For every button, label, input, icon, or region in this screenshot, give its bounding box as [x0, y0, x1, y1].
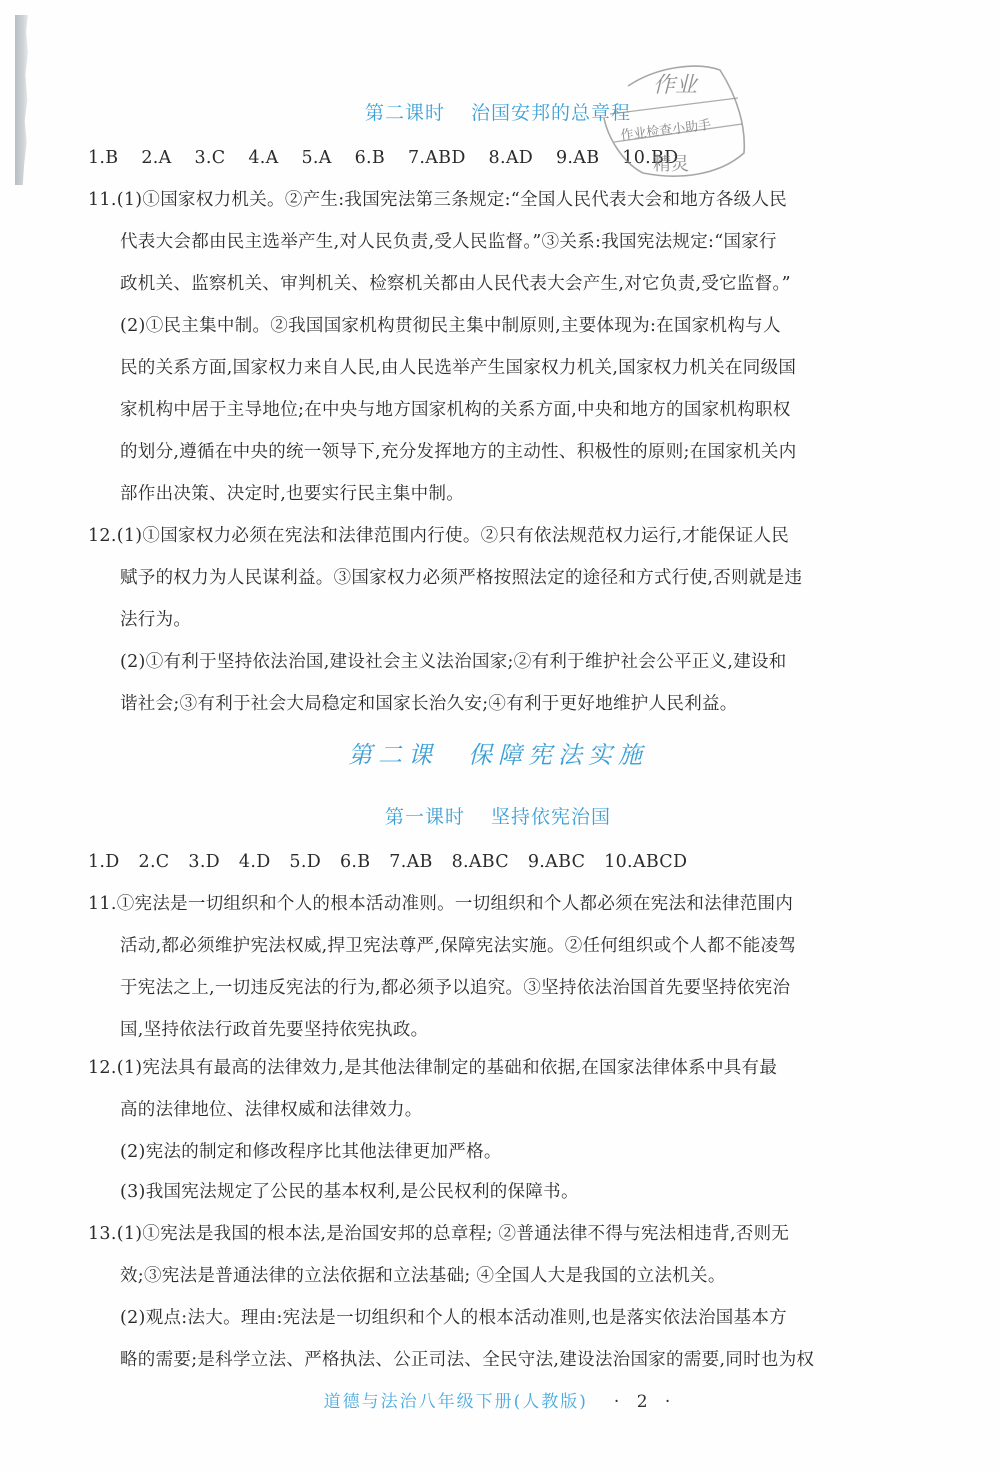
section1-heading-period: 第二课时: [365, 102, 445, 124]
s2-q12-line: 高的法律地位、法律权威和法律效力。: [120, 1098, 423, 1122]
page-footer: 道德与法治八年级下册(人教版)· 2 ·: [0, 1387, 1000, 1412]
s1-q11-line: 11.(1)①国家权力机关。②产生:我国宪法第三条规定:“全国人民代表大会和地方…: [88, 188, 787, 212]
s1-q12-line: 法行为。: [120, 608, 191, 632]
answer-item: 10.BD: [622, 148, 678, 168]
s1-q11-line: 政机关、监察机关、审判机关、检察机关都由人民代表大会产生,对它负责,受它监督。”: [120, 272, 791, 296]
s1-q12-line: 12.(1)①国家权力必须在宪法和法律范围内行使。②只有依法规范权力运行,才能保…: [88, 524, 789, 548]
footer-book-title: 道德与法治八年级下册(人教版): [324, 1392, 588, 1412]
section2-choice-answers: 1.D 2.C 3.D 4.D 5.D 6.B 7.AB 8.ABC 9.ABC…: [88, 850, 700, 874]
s2-q13-line: 13.(1)①宪法是我国的根本法,是治国安邦的总章程; ②普通法律不得与宪法相违…: [88, 1222, 789, 1246]
section2-heading-title: 坚持依宪治国: [491, 806, 611, 828]
answer-item: 7.AB: [389, 852, 432, 872]
s1-q11-line: 家机构中居于主导地位;在中央与地方国家机构的关系方面,中央和地方的国家机构职权: [120, 398, 791, 422]
lesson-heading: 第二课保障宪法实施: [88, 735, 908, 770]
answer-item: 8.AD: [489, 148, 534, 168]
answer-item: 2.C: [139, 852, 170, 872]
s2-q12-line: 12.(1)宪法具有最高的法律效力,是其他法律制定的基础和依据,在国家法律体系中…: [88, 1056, 777, 1080]
s2-q11-line: 活动,都必须维护宪法权威,捍卫宪法尊严,保障宪法实施。②任何组织或个人都不能凌驾: [120, 934, 796, 958]
s1-q12-line: 赋予的权力为人民谋利益。③国家权力必须严格按照法定的途径和方式行使,否则就是违: [120, 566, 802, 590]
s2-q11-line: 于宪法之上,一切违反宪法的行为,都必须予以追究。③坚持依法治国首先要坚持依宪治: [120, 976, 790, 1000]
s2-q13-line: 略的需要;是科学立法、严格执法、公正司法、全民守法,建设法治国家的需要,同时也为…: [120, 1348, 814, 1372]
answer-item: 8.ABC: [452, 852, 509, 872]
answer-item: 2.A: [141, 148, 171, 168]
s1-q11-line: 的划分,遵循在中央的统一领导下,充分发挥地方的主动性、积极性的原则;在国家机关内: [120, 440, 797, 464]
s2-q12-line: (3)我国宪法规定了公民的基本权利,是公民权利的保障书。: [120, 1180, 579, 1204]
answer-item: 5.A: [301, 148, 331, 168]
s2-q13-line: (2)观点:法大。理由:宪法是一切组织和个人的根本活动准则,也是落实依法治国基本…: [120, 1306, 787, 1330]
s1-q12-line: 谐社会;③有利于社会大局稳定和国家长治久安;④有利于更好地维护人民利益。: [120, 692, 738, 716]
answer-item: 6.B: [355, 148, 385, 168]
section1-choice-answers: 1.B 2.A 3.C 4.A 5.A 6.B 7.ABD 8.AD 9.AB …: [88, 146, 696, 170]
s2-q13-line: 效;③宪法是普通法律的立法依据和立法基础; ④全国人大是我国的立法机关。: [120, 1264, 726, 1288]
s2-q11-line: 国,坚持依法行政首先要坚持依宪执政。: [120, 1018, 428, 1042]
answer-item: 1.B: [88, 148, 118, 168]
footer-page-number: · 2 ·: [614, 1392, 676, 1412]
section1-heading-title: 治国安邦的总章程: [471, 102, 631, 124]
section2-heading: 第一课时坚持依宪治国: [88, 802, 908, 829]
s1-q11-line: 代表大会都由民主选举产生,对人民负责,受人民监督。”③关系:我国宪法规定:“国家…: [120, 230, 777, 254]
answer-item: 4.D: [239, 852, 271, 872]
section2-heading-period: 第一课时: [385, 806, 465, 828]
answer-item: 3.C: [194, 148, 225, 168]
s1-q11-line: 民的关系方面,国家权力来自人民,由人民选举产生国家权力机关,国家权力机关在同级国: [120, 356, 796, 380]
document-page: 第二课时治国安邦的总章程 1.B 2.A 3.C 4.A 5.A 6.B 7.A…: [0, 0, 1000, 1472]
s1-q11-line: (2)①民主集中制。②我国国家机构贯彻民主集中制原则,主要体现为:在国家机构与人: [120, 314, 781, 338]
answer-item: 3.D: [188, 852, 220, 872]
lesson-heading-number: 第二课: [348, 741, 438, 769]
answer-item: 1.D: [88, 852, 120, 872]
torn-paper-edge: [15, 15, 28, 185]
lesson-heading-title: 保障宪法实施: [468, 741, 648, 769]
stamp-top-text: 作业: [653, 73, 699, 98]
answer-item: 9.ABC: [528, 852, 585, 872]
answer-item: 9.AB: [556, 148, 599, 168]
answer-item: 10.ABCD: [604, 852, 687, 872]
s1-q11-line: 部作出决策、决定时,也要实行民主集中制。: [120, 482, 464, 506]
answer-item: 7.ABD: [408, 148, 466, 168]
section1-heading: 第二课时治国安邦的总章程: [88, 98, 908, 125]
answer-item: 5.D: [289, 852, 321, 872]
answer-item: 6.B: [340, 852, 370, 872]
s1-q12-line: (2)①有利于坚持依法治国,建设社会主义法治国家;②有利于维护社会公平正义,建设…: [120, 650, 787, 674]
s2-q11-line: 11.①宪法是一切组织和个人的根本活动准则。一切组织和个人都必须在宪法和法律范围…: [88, 892, 793, 916]
s2-q12-line: (2)宪法的制定和修改程序比其他法律更加严格。: [120, 1140, 502, 1164]
answer-item: 4.A: [248, 148, 278, 168]
